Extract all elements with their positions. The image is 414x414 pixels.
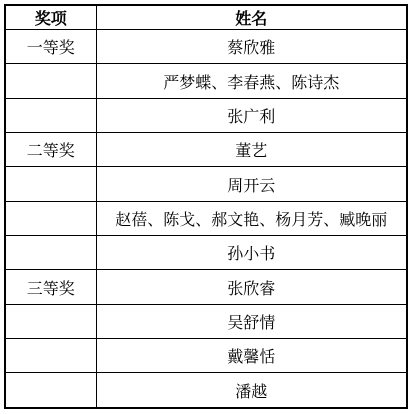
award-cell: 二等奖	[5, 133, 96, 167]
award-cell	[5, 201, 96, 235]
name-cell: 戴馨恬	[96, 339, 407, 373]
name-cell: 严梦蝶、李春燕、陈诗杰	[96, 64, 407, 98]
award-cell	[5, 64, 96, 98]
table-row: 严梦蝶、李春燕、陈诗杰	[5, 64, 407, 98]
table-row: 周开云	[5, 167, 407, 201]
table-row: 孙小书	[5, 236, 407, 270]
name-cell: 蔡欣雅	[96, 30, 407, 64]
table-row: 潘越	[5, 373, 407, 408]
name-cell: 赵蓓、陈戈、郝文艳、杨月芳、臧晚丽	[96, 201, 407, 235]
name-cell: 张广利	[96, 98, 407, 132]
name-column-header: 姓名	[96, 5, 407, 30]
name-cell: 张欣睿	[96, 270, 407, 304]
name-cell: 周开云	[96, 167, 407, 201]
table-row: 三等奖张欣睿	[5, 270, 407, 304]
award-cell	[5, 339, 96, 373]
table-row: 二等奖董艺	[5, 133, 407, 167]
document-page: 奖项 姓名 一等奖蔡欣雅严梦蝶、李春燕、陈诗杰张广利二等奖董艺周开云赵蓓、陈戈、…	[0, 0, 414, 414]
award-cell	[5, 373, 96, 408]
table-row: 赵蓓、陈戈、郝文艳、杨月芳、臧晚丽	[5, 201, 407, 235]
name-cell: 吴舒情	[96, 304, 407, 338]
table-row: 戴馨恬	[5, 339, 407, 373]
table-body: 一等奖蔡欣雅严梦蝶、李春燕、陈诗杰张广利二等奖董艺周开云赵蓓、陈戈、郝文艳、杨月…	[5, 30, 407, 409]
header-row: 奖项 姓名	[5, 5, 407, 30]
award-cell	[5, 304, 96, 338]
table-row: 一等奖蔡欣雅	[5, 30, 407, 64]
table-row: 张广利	[5, 98, 407, 132]
name-cell: 董艺	[96, 133, 407, 167]
award-cell: 三等奖	[5, 270, 96, 304]
table-row: 吴舒情	[5, 304, 407, 338]
name-cell: 潘越	[96, 373, 407, 408]
award-cell	[5, 167, 96, 201]
award-cell: 一等奖	[5, 30, 96, 64]
name-cell: 孙小书	[96, 236, 407, 270]
award-cell	[5, 98, 96, 132]
awards-table: 奖项 姓名 一等奖蔡欣雅严梦蝶、李春燕、陈诗杰张广利二等奖董艺周开云赵蓓、陈戈、…	[4, 4, 408, 409]
award-cell	[5, 236, 96, 270]
award-column-header: 奖项	[5, 5, 96, 30]
